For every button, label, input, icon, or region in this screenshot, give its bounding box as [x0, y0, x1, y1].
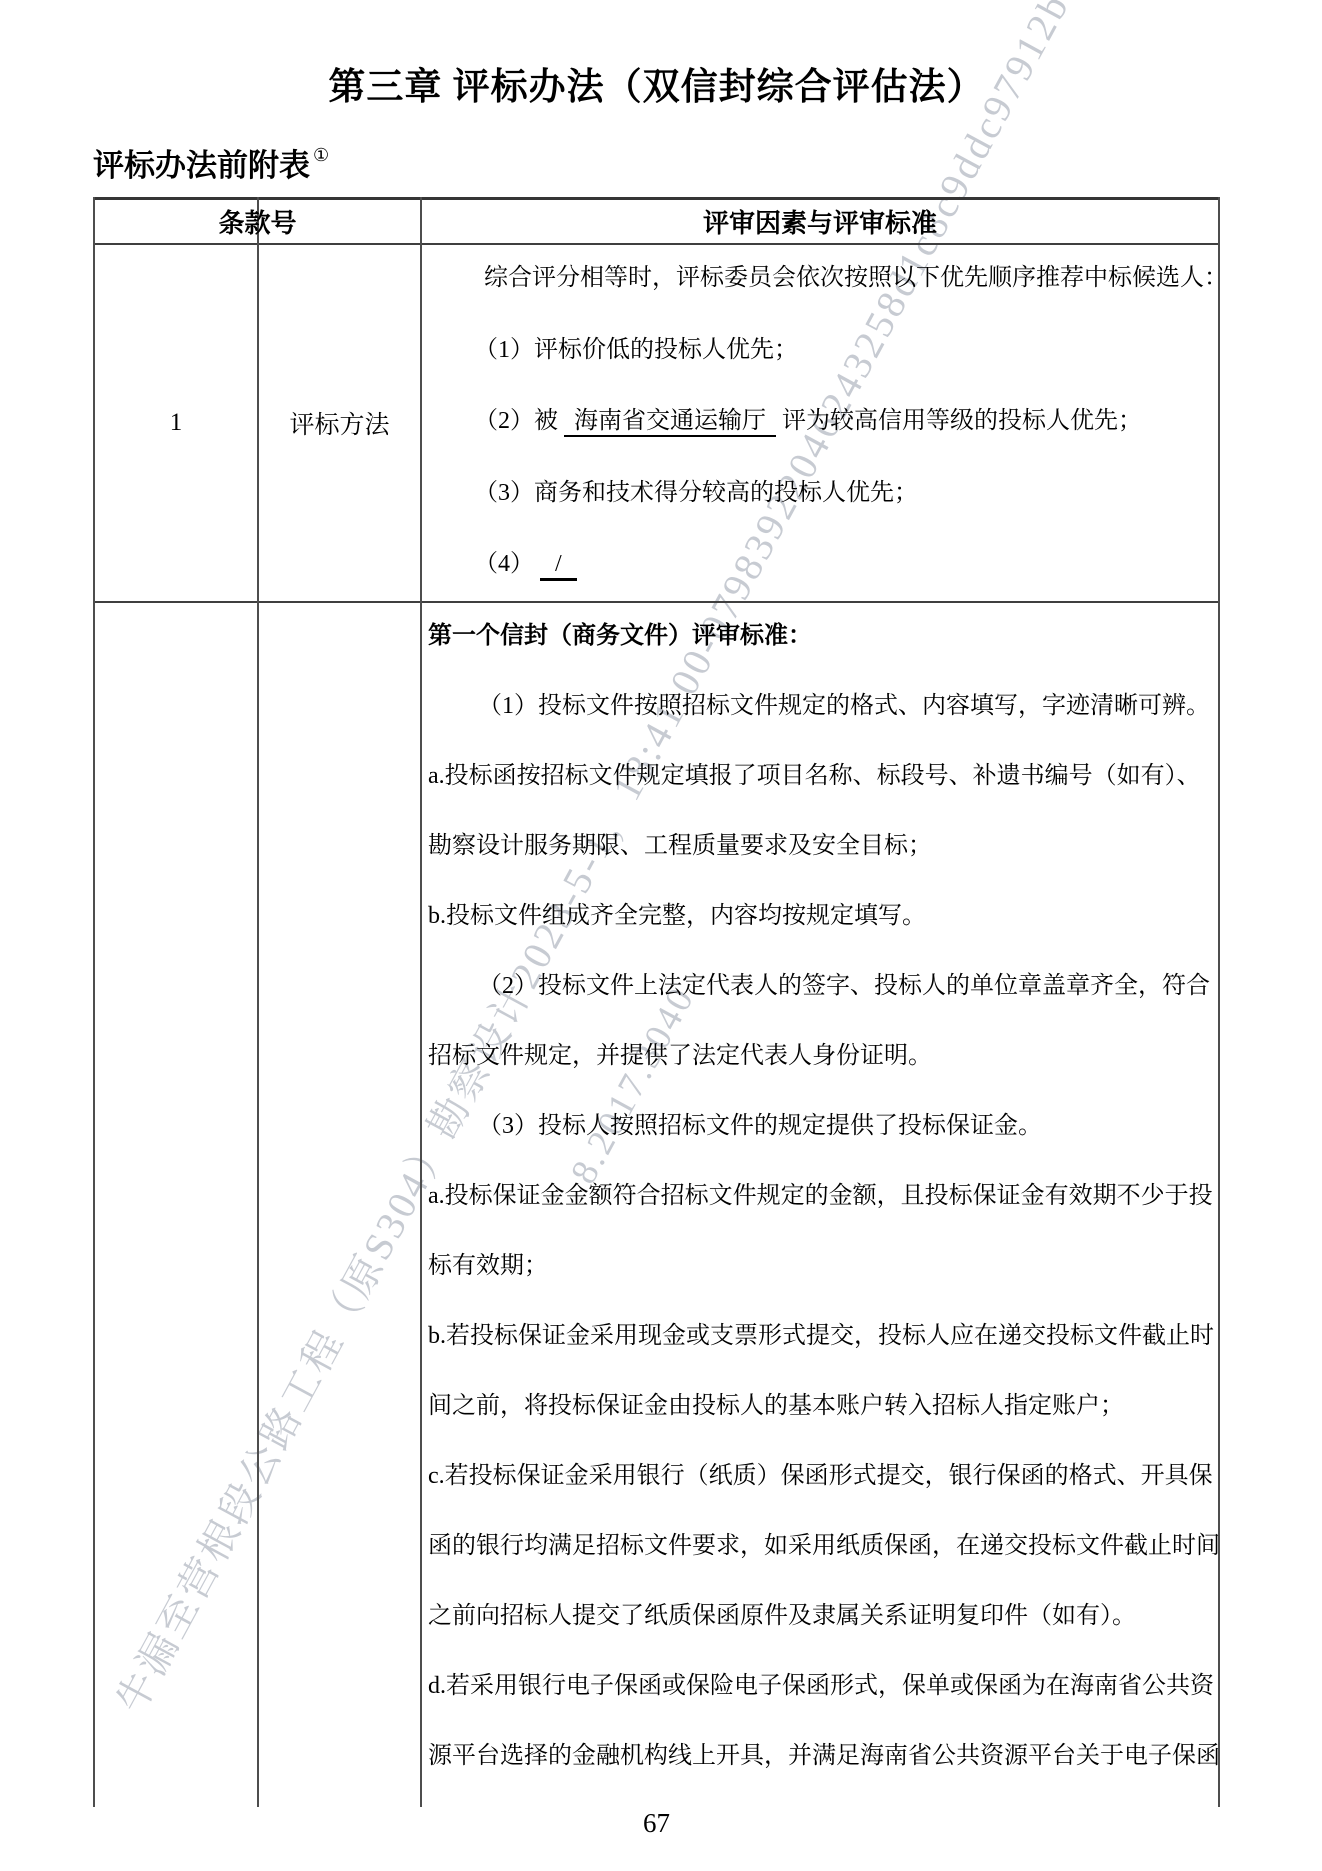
paragraph-line: a.投标保证金金额符合招标文件规定的金额，且投标保证金有效期不少于投 [428, 1161, 1218, 1231]
underlined-slash: / [540, 551, 577, 581]
paragraph-line: b.投标文件组成齐全完整，内容均按规定填写。 [428, 881, 1218, 951]
paragraph-line: b.若投标保证金采用现金或支票形式提交，投标人应在递交投标文件截止时 [428, 1301, 1218, 1371]
paragraph-line: 招标文件规定，并提供了法定代表人身份证明。 [428, 1021, 1218, 1091]
list-item-2-prefix: （2）被 [474, 408, 564, 434]
paragraph-line: c.若投标保证金采用银行（纸质）保函形式提交，银行保函的格式、开具保 [428, 1441, 1218, 1511]
table-border-right [1218, 197, 1220, 1807]
page-number: 67 [93, 1808, 1220, 1839]
paragraph-line: d.若采用银行电子保函或保险电子保函形式，保单或保函为在海南省公共资 [428, 1651, 1218, 1721]
paragraph-line: 勘察设计服务期限、工程质量要求及安全目标； [428, 811, 1218, 881]
paragraph-line: 标有效期； [428, 1231, 1218, 1301]
list-item-1: （1）评标价低的投标人优先； [428, 315, 1218, 387]
paragraph-line: 源平台选择的金融机构线上开具，并满足海南省公共资源平台关于电子保函 [428, 1721, 1218, 1791]
paragraph-line: 函的银行均满足招标文件要求，如采用纸质保函，在递交投标文件截止时间 [428, 1511, 1218, 1581]
footnote-marker: ① [313, 145, 329, 165]
paragraph-line: （3）投标人按照招标文件的规定提供了投标保证金。 [428, 1091, 1218, 1161]
list-item-2-suffix: 评为较高信用等级的投标人优先； [776, 408, 1142, 434]
document-page: 牛漏至营根段公路工程（原S304）勘察设计2023-5-1，18:41:00-0… [0, 0, 1322, 1871]
list-item-3: （3）商务和技术得分较高的投标人优先； [428, 458, 1218, 530]
paragraph-line: 第一个信封（商务文件）评审标准： [428, 601, 1218, 671]
row2-criteria-cell: 第一个信封（商务文件）评审标准：（1）投标文件按照招标文件规定的格式、内容填写，… [428, 601, 1218, 1791]
table-divider-col2 [420, 197, 422, 1807]
paragraph-line: （2）投标文件上法定代表人的签字、投标人的单位章盖章齐全，符合 [428, 951, 1218, 1021]
paragraph-line: 之前向招标人提交了纸质保函原件及隶属关系证明复印件（如有）。 [428, 1581, 1218, 1651]
table-caption: 评标办法前附表① [93, 140, 326, 185]
paragraph-line: a.投标函按招标文件规定填报了项目名称、标段号、补遗书编号（如有）、 [428, 741, 1218, 811]
row1-criteria-cell: 综合评分相等时，评标委员会依次按照以下优先顺序推荐中标候选人： （1）评标价低的… [428, 243, 1218, 601]
column-header-criteria: 评审因素与评审标准 [422, 200, 1218, 243]
page-title: 第三章 评标办法（双信封综合评估法） [93, 56, 1220, 110]
list-item-4-prefix: （4） [474, 551, 540, 577]
paragraph-line: 间之前，将投标保证金由投标人的基本账户转入招标人指定账户； [428, 1371, 1218, 1441]
row1-clause-number: 1 [95, 245, 257, 601]
row1-clause-name: 评标方法 [259, 245, 420, 601]
column-header-clause: 条款号 [95, 200, 420, 243]
table-caption-text: 评标办法前附表 [93, 148, 310, 183]
paragraph-line: （1）投标文件按照招标文件规定的格式、内容填写，字迹清晰可辨。 [428, 671, 1218, 741]
paragraph-intro: 综合评分相等时，评标委员会依次按照以下优先顺序推荐中标候选人： [428, 243, 1218, 315]
underlined-fill-in: 海南省交通运输厅 [564, 408, 776, 437]
list-item-4: （4） / [428, 529, 1218, 601]
list-item-2: （2）被 海南省交通运输厅 评为较高信用等级的投标人优先； [428, 386, 1218, 458]
